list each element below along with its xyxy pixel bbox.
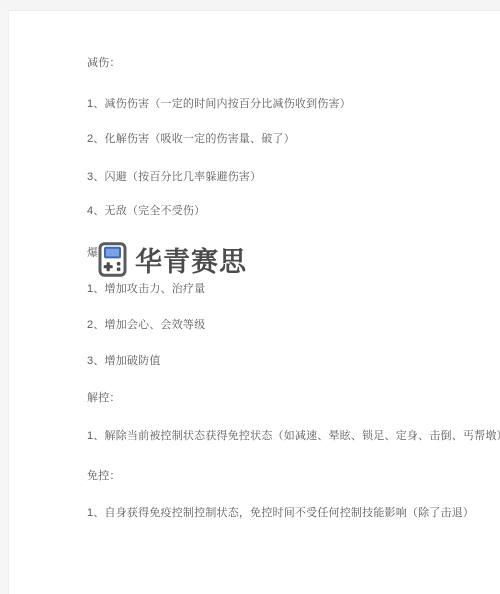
section-heading-control-immunity: 免控： — [87, 470, 121, 483]
doc-line: 2、化解伤害（吸收一定的伤害量、破了） — [87, 133, 295, 146]
watermark: 华青赛思 — [98, 240, 247, 279]
doc-line: 1、解除当前被控制状态获得免控状态（如减速、晕眩、锁足、定身、击倒、丐帮墩） — [87, 430, 500, 443]
section-heading-dispel-control: 解控： — [87, 392, 121, 405]
doc-line: 4、无敌（完全不受伤） — [87, 205, 205, 218]
doc-line: 1、减伤伤害（一定的时间内按百分比减伤收到伤害） — [87, 98, 351, 111]
top-gray-bar — [0, 0, 500, 11]
doc-line: 2、增加会心、会效等级 — [87, 319, 205, 332]
section-heading-reduce-damage: 减伤： — [87, 57, 121, 70]
doc-line: 3、闪避（按百分比几率躲避伤害） — [87, 171, 261, 184]
doc-line: 3、增加破防值 — [87, 355, 161, 368]
doc-line: 1、增加攻击力、治疗量 — [87, 283, 205, 296]
left-edge-strip — [0, 10, 9, 594]
document-page: 减伤： 1、减伤伤害（一定的时间内按百分比减伤收到伤害） 2、化解伤害（吸收一定… — [0, 0, 500, 594]
watermark-brand: 华青赛思 — [135, 240, 247, 279]
gameboy-icon — [98, 242, 127, 277]
doc-line: 1、自身获得免疫控制控制状态，免控时间不受任何控制技能影响（除了击退） — [87, 507, 474, 520]
